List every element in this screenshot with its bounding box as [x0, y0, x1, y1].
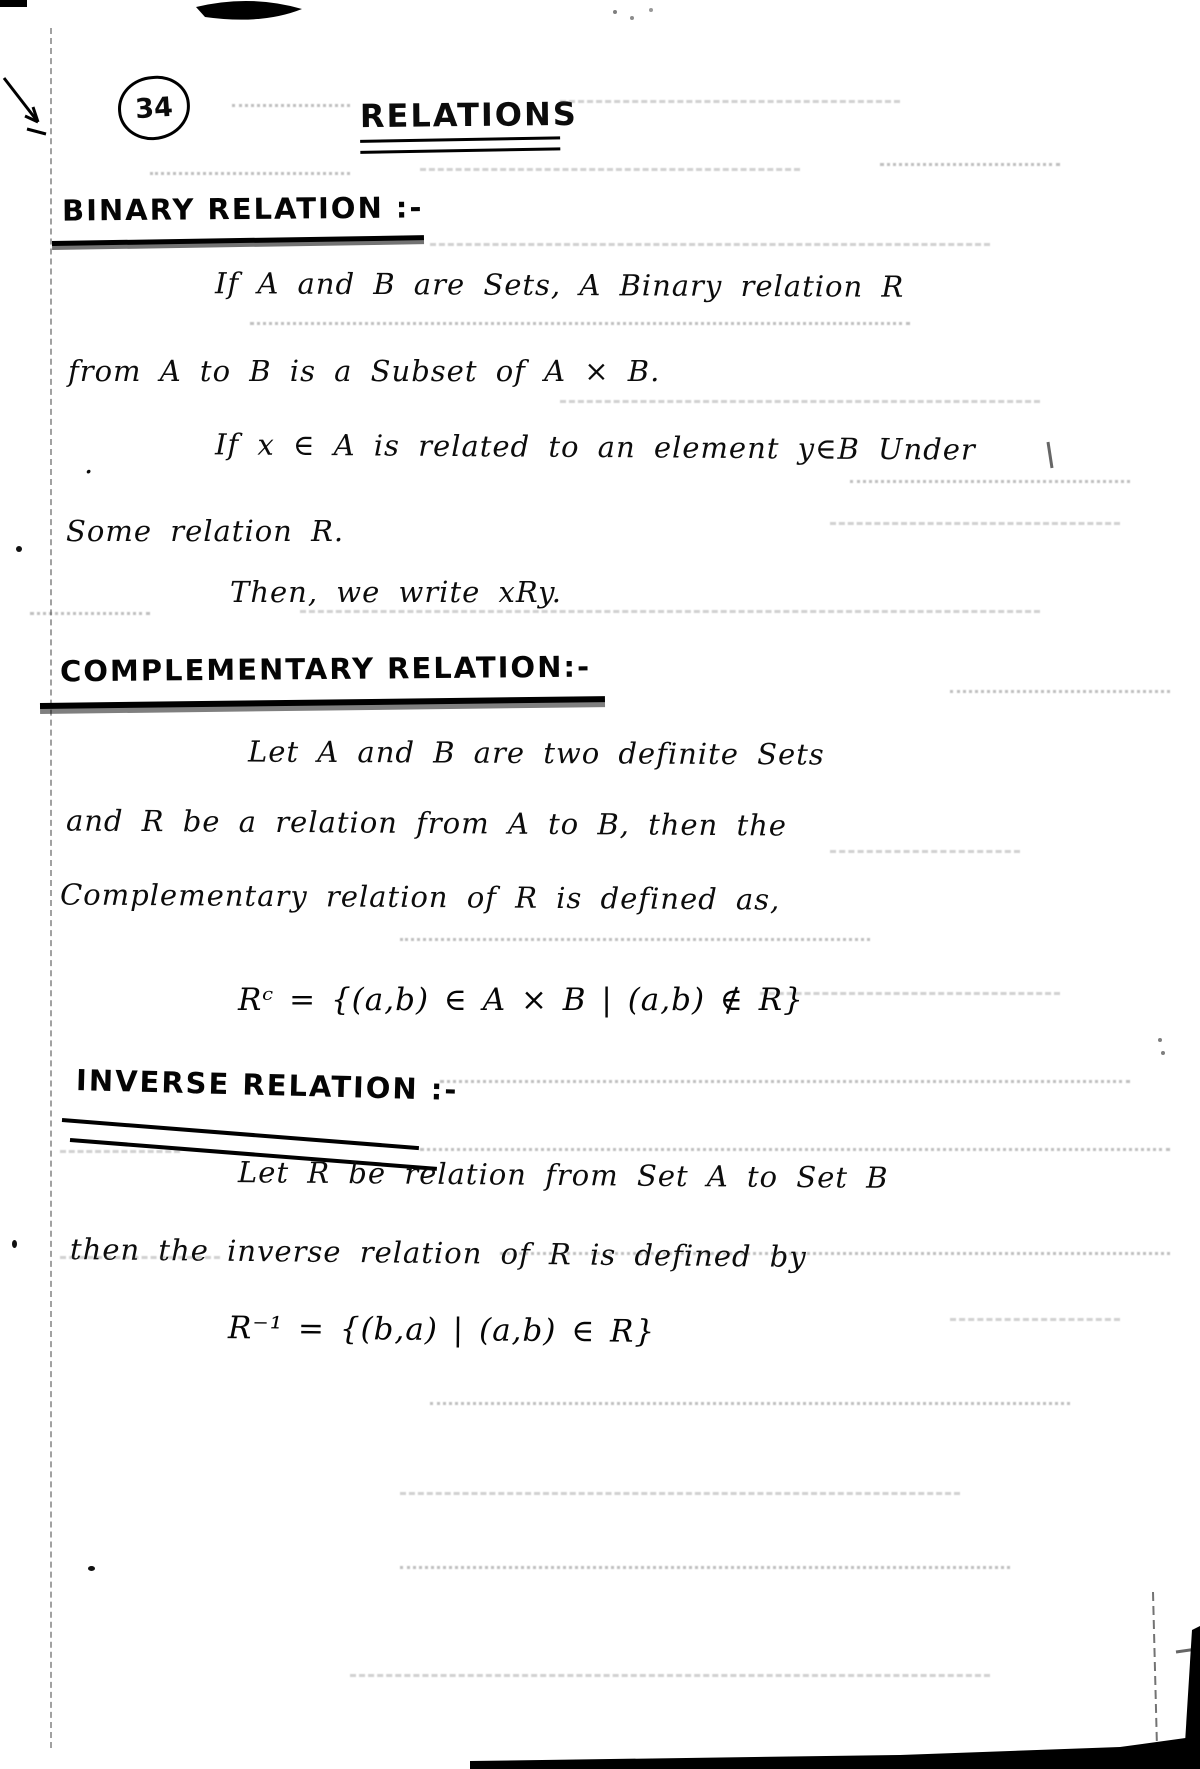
inverse-relation-formula: R⁻¹ = {(b,a) | (a,b) ∈ R}	[228, 1310, 655, 1350]
complement-relation-formula: Rᶜ = {(a,b) ∈ A × B | (a,b) ∉ R}	[238, 982, 804, 1018]
bleed-through-text	[880, 163, 1060, 166]
text-line: from A to B is a Subset of A × B.	[68, 354, 660, 388]
pen-arrow-icon	[4, 78, 46, 134]
text-line: Some relation R.	[66, 514, 344, 548]
notebook-page: 34 RELATIONS BINARY RELATION :- If A and…	[0, 0, 1200, 1769]
bleed-through-text	[60, 1150, 180, 1153]
text-line: Let R be relation from Set A to Set B	[238, 1155, 889, 1195]
bleed-through-text	[400, 1566, 1010, 1569]
bleed-through-text	[430, 243, 990, 246]
bleed-through-text	[950, 1318, 1120, 1321]
pen-dot	[16, 546, 22, 552]
bleed-through-text	[60, 1256, 220, 1259]
section-heading-complementary-relation: COMPLEMENTARY RELATION:-	[60, 650, 591, 689]
bleed-through-text	[830, 522, 1120, 525]
page-number: 34	[134, 91, 174, 125]
bleed-through-text	[350, 1674, 990, 1677]
page-title: RELATIONS	[360, 95, 578, 135]
bleed-through-text	[760, 992, 1060, 995]
text-line: If x ∈ A is related to an element y∈B Un…	[215, 427, 976, 466]
bleed-through-text	[150, 172, 350, 175]
bleed-through-text	[440, 1080, 1130, 1083]
scan-edge-right	[1185, 1626, 1200, 1743]
bleed-through-text	[400, 938, 870, 941]
bleed-through-text	[950, 690, 1170, 693]
stray-pen-dot: .	[84, 446, 94, 480]
section-heading-binary-relation: BINARY RELATION :-	[62, 190, 424, 227]
bleed-through-text	[430, 1402, 1070, 1405]
scan-edge-bottom	[470, 1736, 1200, 1769]
corner-ink-mark	[0, 0, 27, 7]
bleed-through-text	[850, 480, 1130, 483]
margin-rule-line	[50, 28, 52, 1748]
text-line: and R be a relation from A to B, then th…	[66, 803, 787, 842]
bleed-through-text	[500, 1252, 1170, 1255]
bleed-through-text	[250, 322, 910, 325]
bleed-through-text	[232, 104, 350, 107]
bleed-through-text	[420, 168, 800, 171]
text-line: Complementary relation of R is defined a…	[60, 877, 781, 916]
bleed-through-text	[420, 1148, 1170, 1151]
bleed-through-text	[830, 850, 1020, 853]
page-title-block: RELATIONS	[360, 95, 579, 153]
text-line: Let A and B are two definite Sets	[248, 734, 825, 771]
bleed-through-text	[400, 1492, 960, 1495]
pen-dot	[88, 1566, 95, 1571]
bleed-through-text	[30, 612, 150, 615]
title-underline	[360, 136, 560, 153]
text-line: If A and B are Sets, A Binary relation R	[215, 266, 904, 304]
text-line: Then, we write xRy.	[230, 575, 562, 609]
crease-line	[1153, 1592, 1157, 1748]
bleed-through-text	[560, 100, 900, 103]
bleed-through-text	[560, 400, 1040, 403]
ink-blob	[196, 1, 302, 20]
pen-dot	[12, 1240, 17, 1248]
bleed-through-text	[300, 610, 1040, 613]
